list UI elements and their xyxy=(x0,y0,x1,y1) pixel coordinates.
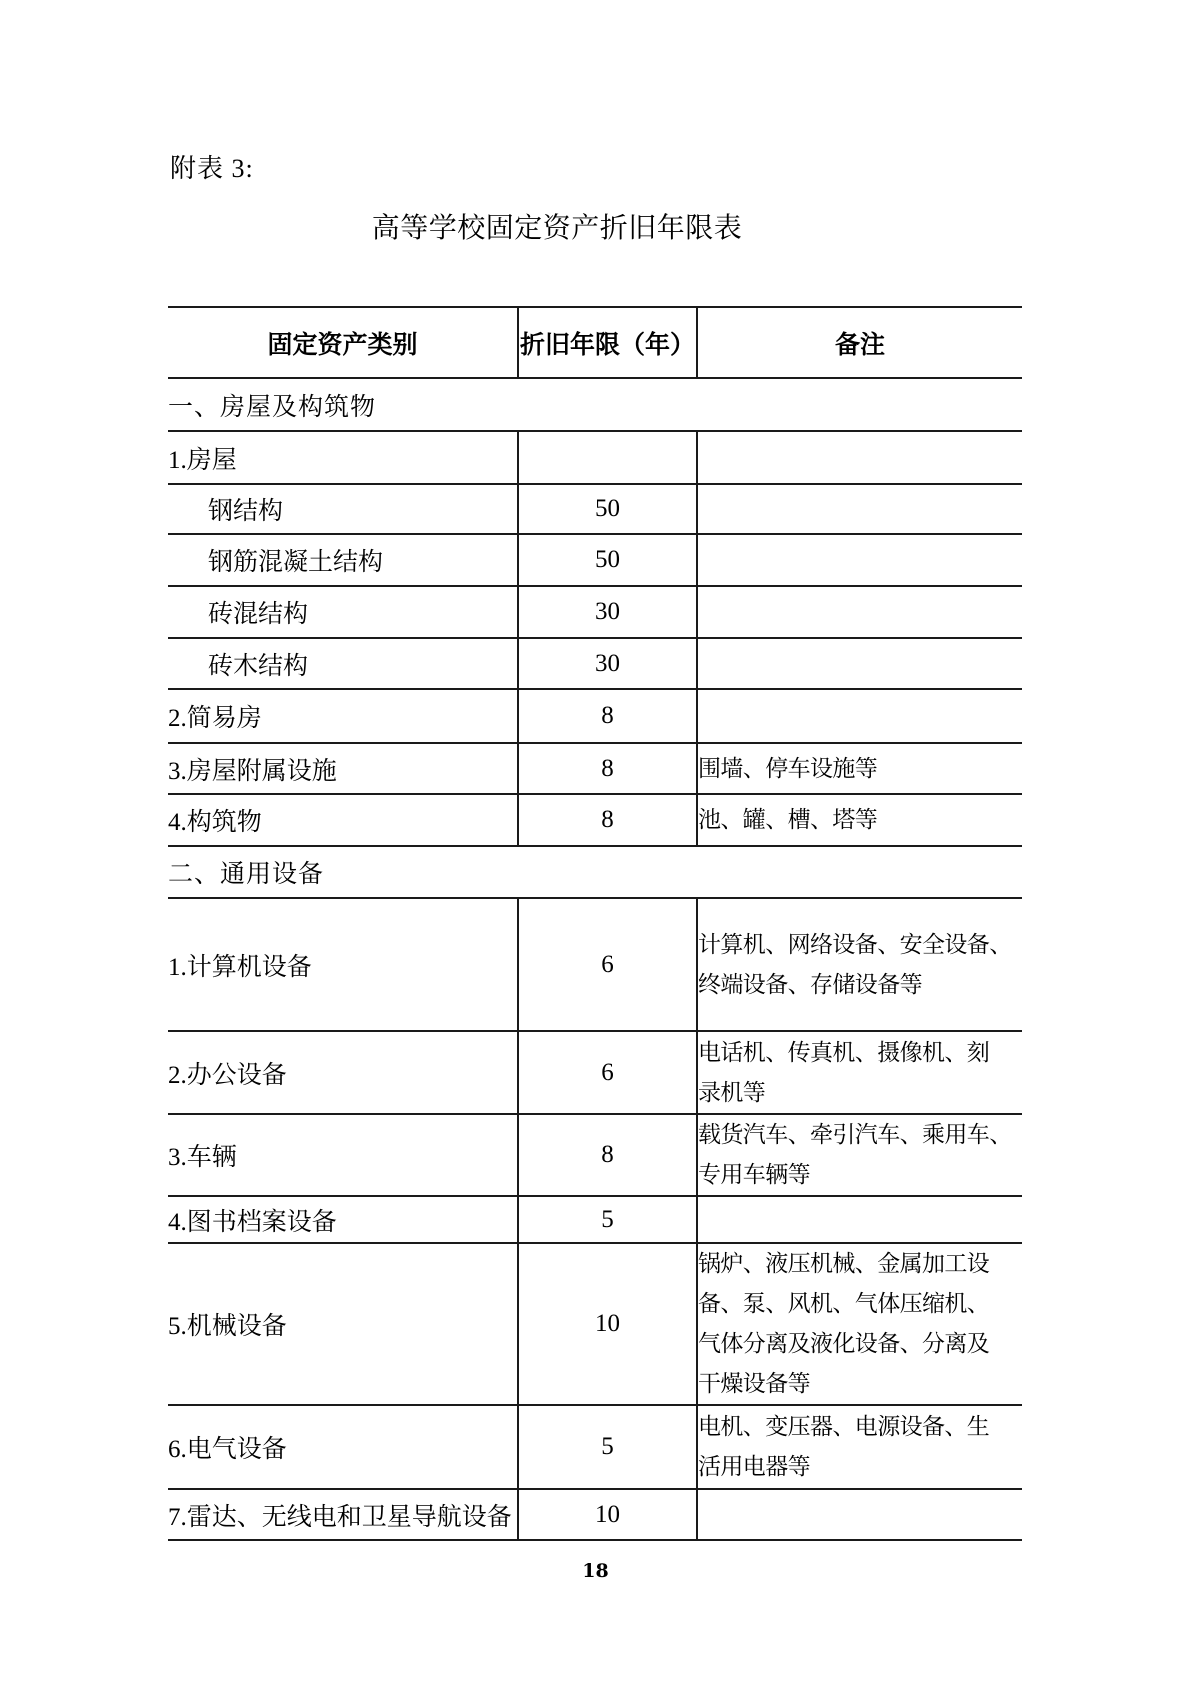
table-row: 6.电气设备5电机、变压器、电源设备、生 活用电器等 xyxy=(168,1405,1022,1489)
category-cell: 2.简易房 xyxy=(168,689,518,743)
table-row: 钢结构50 xyxy=(168,484,1022,534)
depreciation-table: 固定资产类别 折旧年限（年） 备注 一、房屋及构筑物1.房屋钢结构50钢筋混凝土… xyxy=(168,306,1022,1541)
table-body: 一、房屋及构筑物1.房屋钢结构50钢筋混凝土结构50砖混结构30砖木结构302.… xyxy=(168,378,1022,1540)
category-cell: 2.办公设备 xyxy=(168,1031,518,1114)
remarks-cell: 载货汽车、牵引汽车、乘用车、 专用车辆等 xyxy=(697,1114,1022,1196)
years-cell: 6 xyxy=(518,1031,697,1114)
header-years: 折旧年限（年） xyxy=(518,307,697,378)
category-cell: 7.雷达、无线电和卫星导航设备 xyxy=(168,1489,518,1540)
years-cell: 5 xyxy=(518,1196,697,1243)
table-row: 砖木结构30 xyxy=(168,638,1022,689)
years-cell: 8 xyxy=(518,743,697,794)
table-row: 1.房屋 xyxy=(168,431,1022,484)
category-cell: 4.构筑物 xyxy=(168,794,518,846)
years-cell xyxy=(518,431,697,484)
section-row: 二、通用设备 xyxy=(168,846,1022,898)
remarks-cell xyxy=(697,689,1022,743)
years-cell: 5 xyxy=(518,1405,697,1489)
header-category: 固定资产类别 xyxy=(168,307,518,378)
table-row: 5.机械设备10锅炉、液压机械、金属加工设 备、泵、风机、气体压缩机、 气体分离… xyxy=(168,1243,1022,1405)
remarks-cell xyxy=(697,586,1022,638)
table-header-row: 固定资产类别 折旧年限（年） 备注 xyxy=(168,307,1022,378)
table-row: 砖混结构30 xyxy=(168,586,1022,638)
remarks-cell: 围墙、停车设施等 xyxy=(697,743,1022,794)
category-cell: 1.计算机设备 xyxy=(168,898,518,1031)
document-title: 高等学校固定资产折旧年限表 xyxy=(0,206,1114,246)
years-cell: 6 xyxy=(518,898,697,1031)
years-cell: 10 xyxy=(518,1489,697,1540)
table-row: 3.房屋附属设施8围墙、停车设施等 xyxy=(168,743,1022,794)
table-row: 4.图书档案设备5 xyxy=(168,1196,1022,1243)
table-row: 3.车辆8载货汽车、牵引汽车、乘用车、 专用车辆等 xyxy=(168,1114,1022,1196)
section-header: 二、通用设备 xyxy=(168,846,1022,898)
category-cell: 1.房屋 xyxy=(168,431,518,484)
remarks-cell xyxy=(697,638,1022,689)
years-cell: 50 xyxy=(518,534,697,586)
header-remarks: 备注 xyxy=(697,307,1022,378)
category-cell: 6.电气设备 xyxy=(168,1405,518,1489)
years-cell: 8 xyxy=(518,1114,697,1196)
attachment-label: 附表 3: xyxy=(170,148,254,185)
category-cell: 3.车辆 xyxy=(168,1114,518,1196)
years-cell: 8 xyxy=(518,794,697,846)
section-row: 一、房屋及构筑物 xyxy=(168,378,1022,431)
page-number: 18 xyxy=(0,1560,1191,1582)
category-cell: 3.房屋附属设施 xyxy=(168,743,518,794)
category-cell: 钢筋混凝土结构 xyxy=(168,534,518,586)
category-cell: 5.机械设备 xyxy=(168,1243,518,1405)
remarks-cell: 电机、变压器、电源设备、生 活用电器等 xyxy=(697,1405,1022,1489)
category-cell: 4.图书档案设备 xyxy=(168,1196,518,1243)
category-cell: 钢结构 xyxy=(168,484,518,534)
table-row: 1.计算机设备6计算机、网络设备、安全设备、 终端设备、存储设备等 xyxy=(168,898,1022,1031)
section-header: 一、房屋及构筑物 xyxy=(168,378,1022,431)
remarks-cell xyxy=(697,1489,1022,1540)
table-row: 2.简易房8 xyxy=(168,689,1022,743)
remarks-cell: 锅炉、液压机械、金属加工设 备、泵、风机、气体压缩机、 气体分离及液化设备、分离… xyxy=(697,1243,1022,1405)
table-row: 2.办公设备6电话机、传真机、摄像机、刻 录机等 xyxy=(168,1031,1022,1114)
years-cell: 8 xyxy=(518,689,697,743)
remarks-cell xyxy=(697,431,1022,484)
document-page: 附表 3: 高等学校固定资产折旧年限表 固定资产类别 折旧年限（年） 备注 一、… xyxy=(0,0,1191,1684)
remarks-cell xyxy=(697,534,1022,586)
remarks-cell: 池、罐、槽、塔等 xyxy=(697,794,1022,846)
table-row: 钢筋混凝土结构50 xyxy=(168,534,1022,586)
remarks-cell: 电话机、传真机、摄像机、刻 录机等 xyxy=(697,1031,1022,1114)
years-cell: 30 xyxy=(518,586,697,638)
remarks-cell xyxy=(697,484,1022,534)
category-cell: 砖混结构 xyxy=(168,586,518,638)
category-cell: 砖木结构 xyxy=(168,638,518,689)
table-row: 7.雷达、无线电和卫星导航设备10 xyxy=(168,1489,1022,1540)
remarks-cell: 计算机、网络设备、安全设备、 终端设备、存储设备等 xyxy=(697,898,1022,1031)
years-cell: 10 xyxy=(518,1243,697,1405)
remarks-cell xyxy=(697,1196,1022,1243)
years-cell: 50 xyxy=(518,484,697,534)
table-row: 4.构筑物8池、罐、槽、塔等 xyxy=(168,794,1022,846)
years-cell: 30 xyxy=(518,638,697,689)
